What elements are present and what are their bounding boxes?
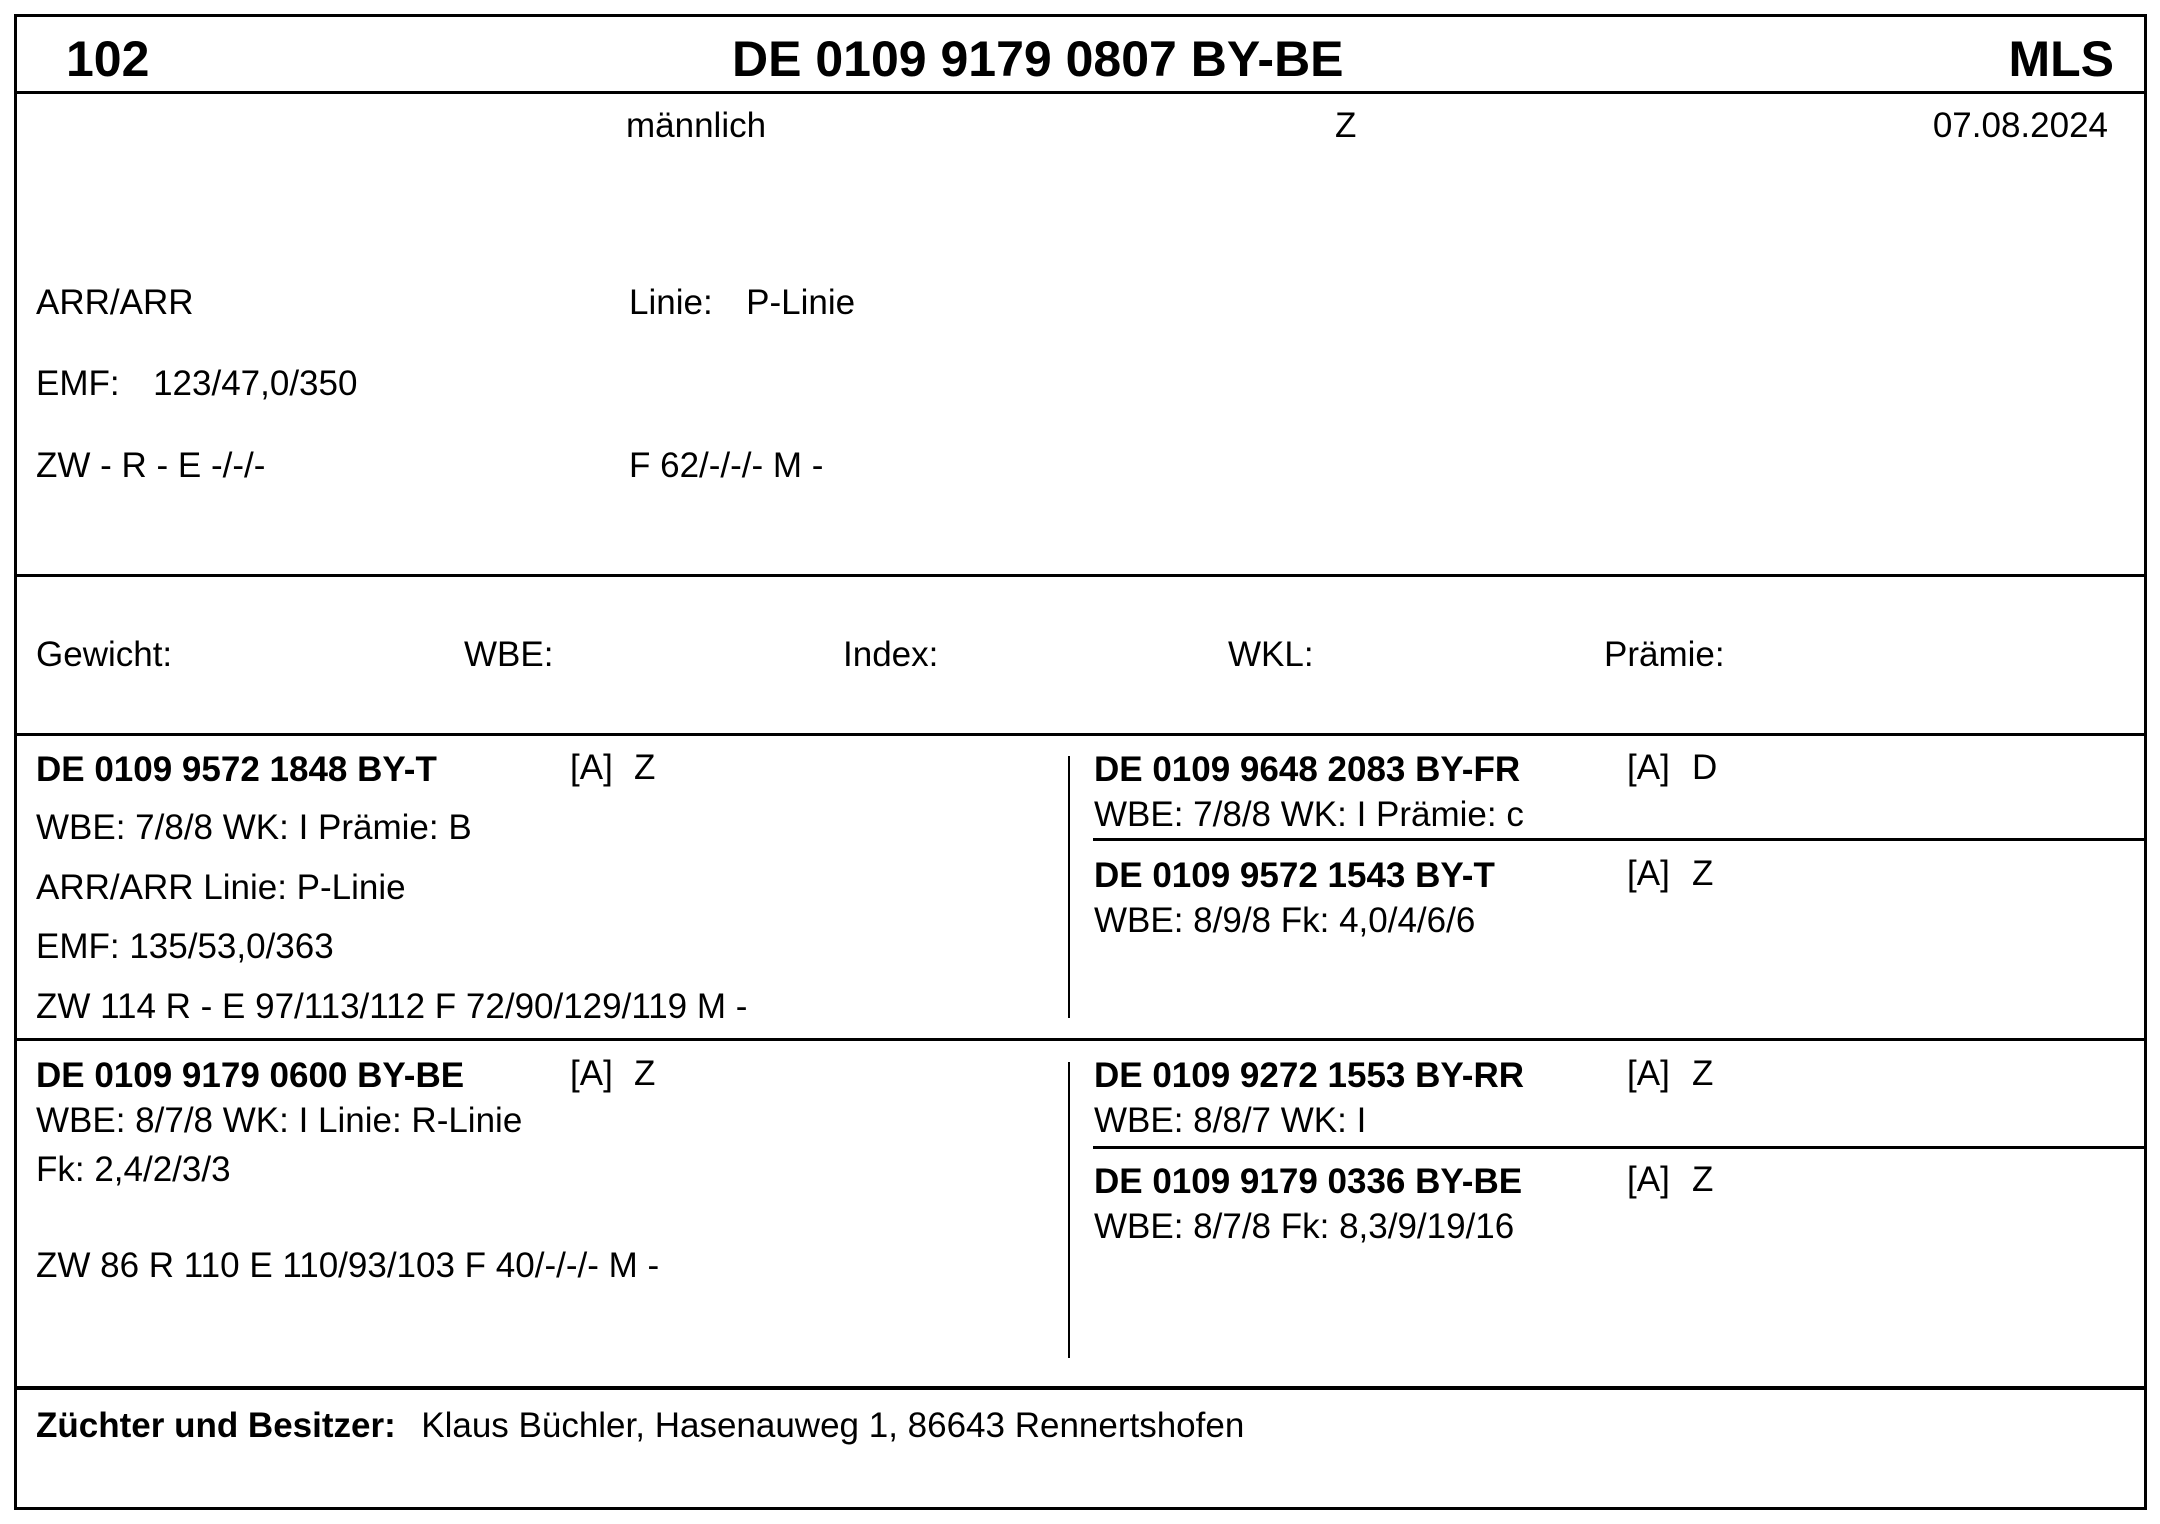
sire-line-3: EMF: 135/53,0/363 bbox=[36, 927, 334, 967]
sire-dam-flag: [A] bbox=[1627, 854, 1670, 894]
dam-flag: [A] bbox=[570, 1054, 613, 1094]
dam-dam-ear-tag: DE 0109 9179 0336 BY-BE bbox=[1094, 1162, 1522, 1202]
sire-grandparents-divider bbox=[1093, 838, 2147, 841]
dam-line-2: Fk: 2,4/2/3/3 bbox=[36, 1150, 231, 1190]
emf-label: EMF: bbox=[36, 364, 120, 403]
line-label: Linie: bbox=[629, 283, 713, 322]
dam-sire-line-1: WBE: 8/8/7 WK: I bbox=[1094, 1101, 1366, 1141]
sex: männlich bbox=[626, 106, 766, 146]
dam-line-3: ZW 86 R 110 E 110/93/103 F 40/-/-/- M - bbox=[36, 1246, 659, 1286]
sire-dam-ear-tag: DE 0109 9572 1543 BY-T bbox=[1094, 856, 1495, 896]
sire-column-divider bbox=[1068, 756, 1070, 1018]
sire-dam-divider bbox=[14, 1038, 2147, 1041]
dam-sire-status: Z bbox=[1692, 1054, 1713, 1094]
genotype: ARR/ARR bbox=[36, 283, 194, 323]
dam-ear-tag: DE 0109 9179 0600 BY-BE bbox=[36, 1056, 464, 1096]
breeder-value: Klaus Büchler, Hasenauweg 1, 86643 Renne… bbox=[421, 1406, 1244, 1445]
index-label: Index: bbox=[843, 635, 938, 675]
herdbook-status: Z bbox=[1335, 106, 1356, 146]
sire-line-1: WBE: 7/8/8 WK: I Prämie: B bbox=[36, 808, 472, 848]
wkl-label: WKL: bbox=[1228, 635, 1314, 675]
dam-dam-line-1: WBE: 8/7/8 Fk: 8,3/9/19/16 bbox=[1094, 1207, 1514, 1247]
header-divider bbox=[14, 91, 2147, 94]
pedigree-breeder-divider bbox=[14, 1386, 2147, 1390]
dam-grandparents-divider bbox=[1093, 1146, 2147, 1149]
sire-status: Z bbox=[634, 748, 655, 788]
sire-ear-tag: DE 0109 9572 1848 BY-T bbox=[36, 750, 437, 790]
breed-code: MLS bbox=[2008, 30, 2114, 88]
catalog-number: 102 bbox=[66, 30, 149, 88]
ear-tag-title: DE 0109 9179 0807 BY-BE bbox=[732, 30, 1344, 88]
wbe-label: WBE: bbox=[464, 635, 553, 675]
dam-status: Z bbox=[634, 1054, 655, 1094]
breeder-label: Züchter und Besitzer: bbox=[36, 1406, 396, 1445]
emf-value: 123/47,0/350 bbox=[153, 364, 357, 403]
sire-sire-flag: [A] bbox=[1627, 748, 1670, 788]
sire-dam-line-1: WBE: 8/9/8 Fk: 4,0/4/6/6 bbox=[1094, 901, 1475, 941]
dam-sire-ear-tag: DE 0109 9272 1553 BY-RR bbox=[1094, 1056, 1524, 1096]
sire-flag: [A] bbox=[570, 748, 613, 788]
dam-sire-flag: [A] bbox=[1627, 1054, 1670, 1094]
sire-line-2: ARR/ARR Linie: P-Linie bbox=[36, 868, 406, 908]
birth-date: 07.08.2024 bbox=[1933, 106, 2108, 146]
sire-sire-ear-tag: DE 0109 9648 2083 BY-FR bbox=[1094, 750, 1520, 790]
sire-line-4: ZW 114 R - E 97/113/112 F 72/90/129/119 … bbox=[36, 987, 747, 1027]
evaluation-divider bbox=[14, 733, 2147, 736]
emf-field: EMF: 123/47,0/350 bbox=[36, 364, 357, 404]
sire-sire-line-1: WBE: 7/8/8 WK: I Prämie: c bbox=[1094, 795, 1524, 835]
dam-dam-flag: [A] bbox=[1627, 1160, 1670, 1200]
premium-label: Prämie: bbox=[1604, 635, 1725, 675]
dam-column-divider bbox=[1068, 1062, 1070, 1358]
dam-line-1: WBE: 8/7/8 WK: I Linie: R-Linie bbox=[36, 1101, 522, 1141]
sire-dam-status: Z bbox=[1692, 854, 1713, 894]
weight-label: Gewicht: bbox=[36, 635, 172, 675]
breeding-value-zw: ZW - R - E -/-/- bbox=[36, 446, 265, 486]
breeder-field: Züchter und Besitzer: Klaus Büchler, Has… bbox=[36, 1406, 1244, 1446]
dam-dam-status: Z bbox=[1692, 1160, 1713, 1200]
breeding-value-f: F 62/-/-/- M - bbox=[629, 446, 823, 486]
line-field: Linie: P-Linie bbox=[629, 283, 855, 323]
sire-sire-status: D bbox=[1692, 748, 1717, 788]
info-divider bbox=[14, 574, 2147, 577]
line-value: P-Linie bbox=[746, 283, 855, 322]
